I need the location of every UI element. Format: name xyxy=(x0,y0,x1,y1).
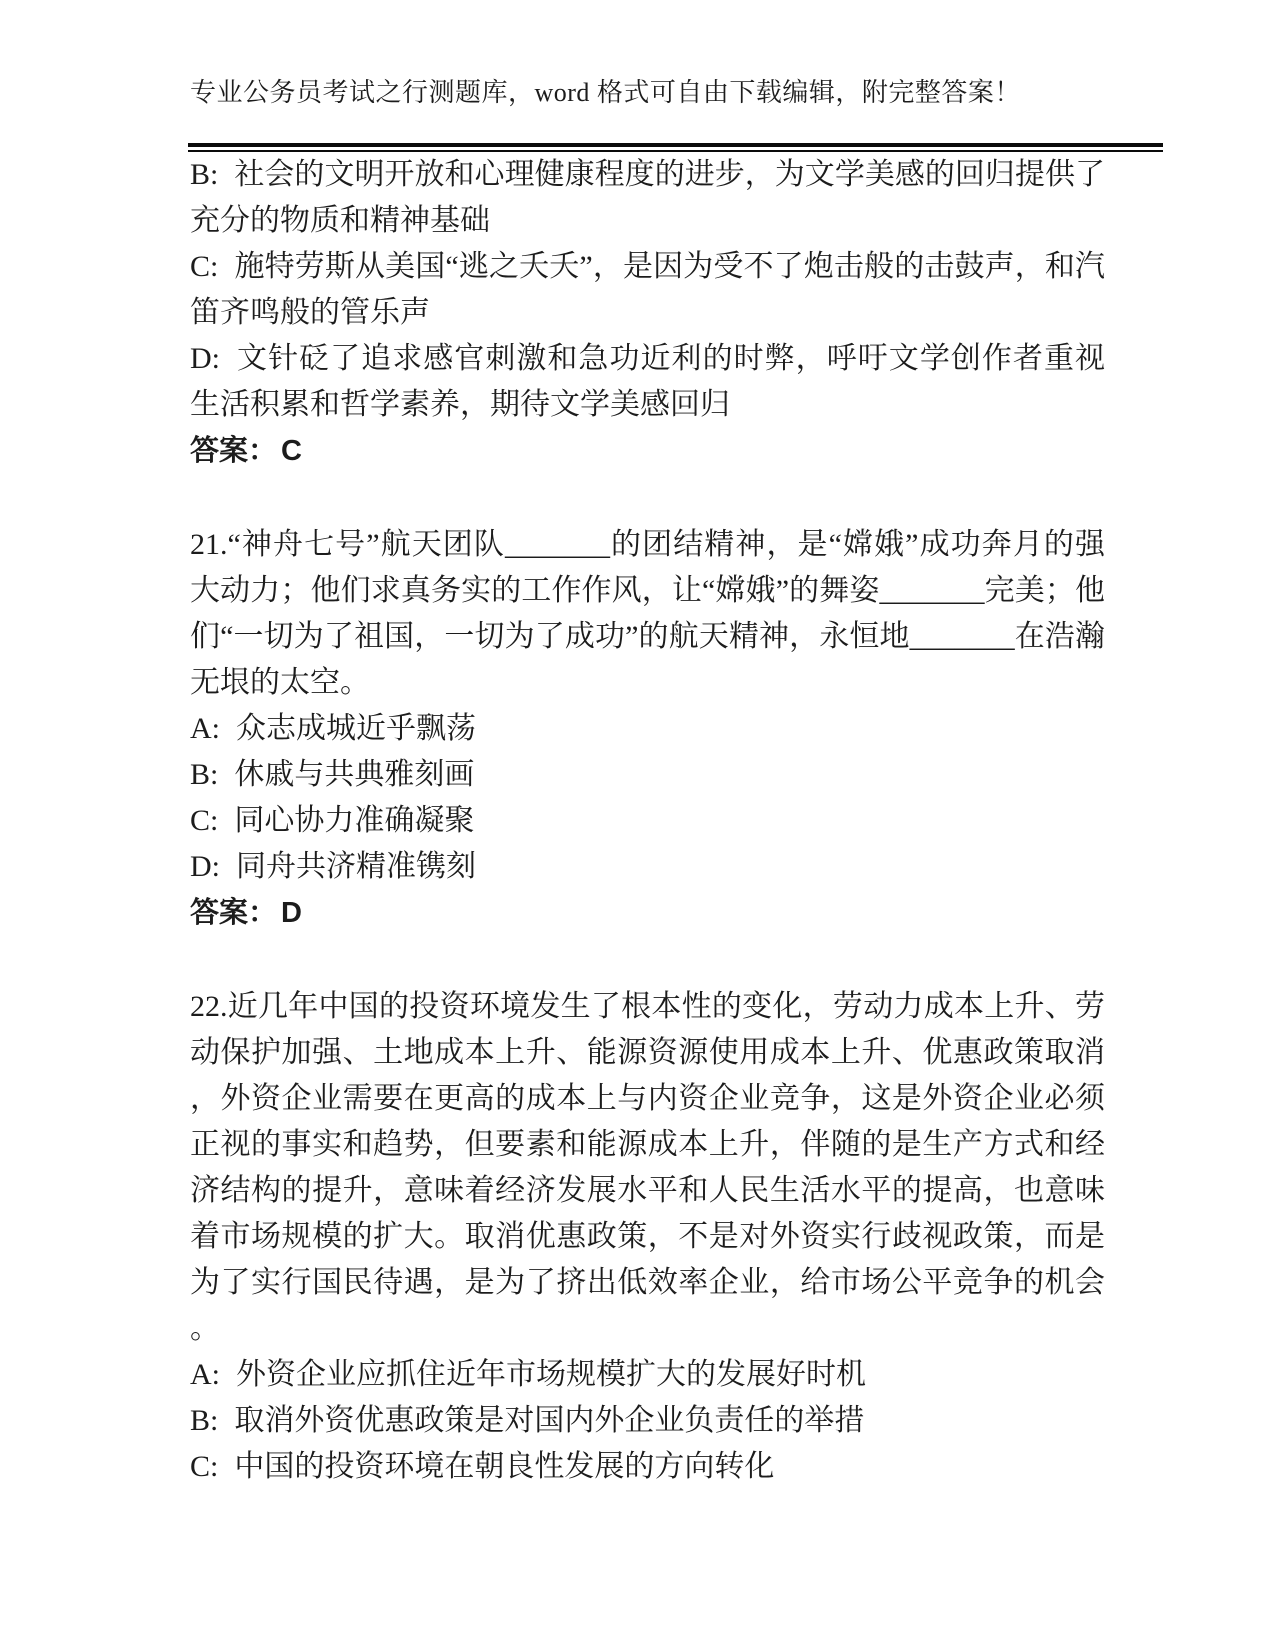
answer-line: 答案：D xyxy=(190,890,1105,936)
option-label: B: xyxy=(190,158,218,191)
option-row: C:施特劳斯从美国“逃之夭夭”，是因为受不了炮击般的击鼓声，和汽笛齐鸣般的管乐声 xyxy=(190,244,1105,336)
option-row: D:文针砭了追求感官刺激和急功近利的时弊，呼吁文学创作者重视生活积累和哲学素养，… xyxy=(190,336,1105,428)
option-label: D: xyxy=(190,342,220,375)
question-block-21: 21.“神舟七号”航天团队_______的团结精神，是“嫦娥”成功奔月的强大动力… xyxy=(190,522,1105,936)
option-text: 中国的投资环境在朝良性发展的方向转化 xyxy=(234,1450,774,1483)
page-header: 专业公务员考试之行测题库，word 格式可自由下载编辑，附完整答案！ xyxy=(190,78,1105,152)
option-label: B: xyxy=(190,758,218,791)
option-row: A:外资企业应抓住近年市场规模扩大的发展好时机 xyxy=(190,1352,1105,1398)
option-text: 取消外资优惠政策是对国内外企业负责任的举措 xyxy=(234,1404,864,1437)
option-label: D: xyxy=(190,850,220,883)
question-block-20: B:社会的文明开放和心理健康程度的进步，为文学美感的回归提供了充分的物质和精神基… xyxy=(190,152,1105,474)
question-stem: 21.“神舟七号”航天团队_______的团结精神，是“嫦娥”成功奔月的强大动力… xyxy=(190,522,1105,706)
option-row: B:取消外资优惠政策是对国内外企业负责任的举措 xyxy=(190,1398,1105,1444)
option-text: 同舟共济精准镌刻 xyxy=(236,850,476,883)
document-body: B:社会的文明开放和心理健康程度的进步，为文学美感的回归提供了充分的物质和精神基… xyxy=(190,152,1105,1490)
option-label: C: xyxy=(190,250,218,283)
option-row: D:同舟共济精准镌刻 xyxy=(190,844,1105,890)
option-label: B: xyxy=(190,1404,218,1437)
option-row: C:同心协力准确凝聚 xyxy=(190,798,1105,844)
option-text: 众志成城近乎飘荡 xyxy=(236,712,476,745)
option-row: C:中国的投资环境在朝良性发展的方向转化 xyxy=(190,1444,1105,1490)
question-block-22: 22.近几年中国的投资环境发生了根本性的变化，劳动力成本上升、劳动保护加强、土地… xyxy=(190,984,1105,1490)
answer-value: C xyxy=(281,435,302,467)
option-text: 外资企业应抓住近年市场规模扩大的发展好时机 xyxy=(236,1358,866,1391)
option-row: B:社会的文明开放和心理健康程度的进步，为文学美感的回归提供了充分的物质和精神基… xyxy=(190,152,1105,244)
answer-prefix: 答案： xyxy=(190,435,277,467)
option-text: 社会的文明开放和心理健康程度的进步，为文学美感的回归提供了充分的物质和精神基础 xyxy=(190,158,1105,237)
header-divider xyxy=(188,143,1163,152)
answer-line: 答案：C xyxy=(190,428,1105,474)
option-label: A: xyxy=(190,1358,220,1391)
answer-value: D xyxy=(281,897,302,929)
option-text: 休戚与共典雅刻画 xyxy=(234,758,474,791)
option-text: 文针砭了追求感官刺激和急功近利的时弊，呼吁文学创作者重视生活积累和哲学素养，期待… xyxy=(190,342,1105,421)
question-stem: 22.近几年中国的投资环境发生了根本性的变化，劳动力成本上升、劳动保护加强、土地… xyxy=(190,984,1105,1352)
option-row: B:休戚与共典雅刻画 xyxy=(190,752,1105,798)
option-text: 施特劳斯从美国“逃之夭夭”，是因为受不了炮击般的击鼓声，和汽笛齐鸣般的管乐声 xyxy=(190,250,1105,329)
header-title: 专业公务员考试之行测题库，word 格式可自由下载编辑，附完整答案！ xyxy=(190,78,1105,108)
option-row: A:众志成城近乎飘荡 xyxy=(190,706,1105,752)
option-label: A: xyxy=(190,712,220,745)
option-label: C: xyxy=(190,804,218,837)
document-page: 专业公务员考试之行测题库，word 格式可自由下载编辑，附完整答案！ B:社会的… xyxy=(0,0,1275,1650)
option-text: 同心协力准确凝聚 xyxy=(234,804,474,837)
answer-prefix: 答案： xyxy=(190,897,277,929)
option-label: C: xyxy=(190,1450,218,1483)
